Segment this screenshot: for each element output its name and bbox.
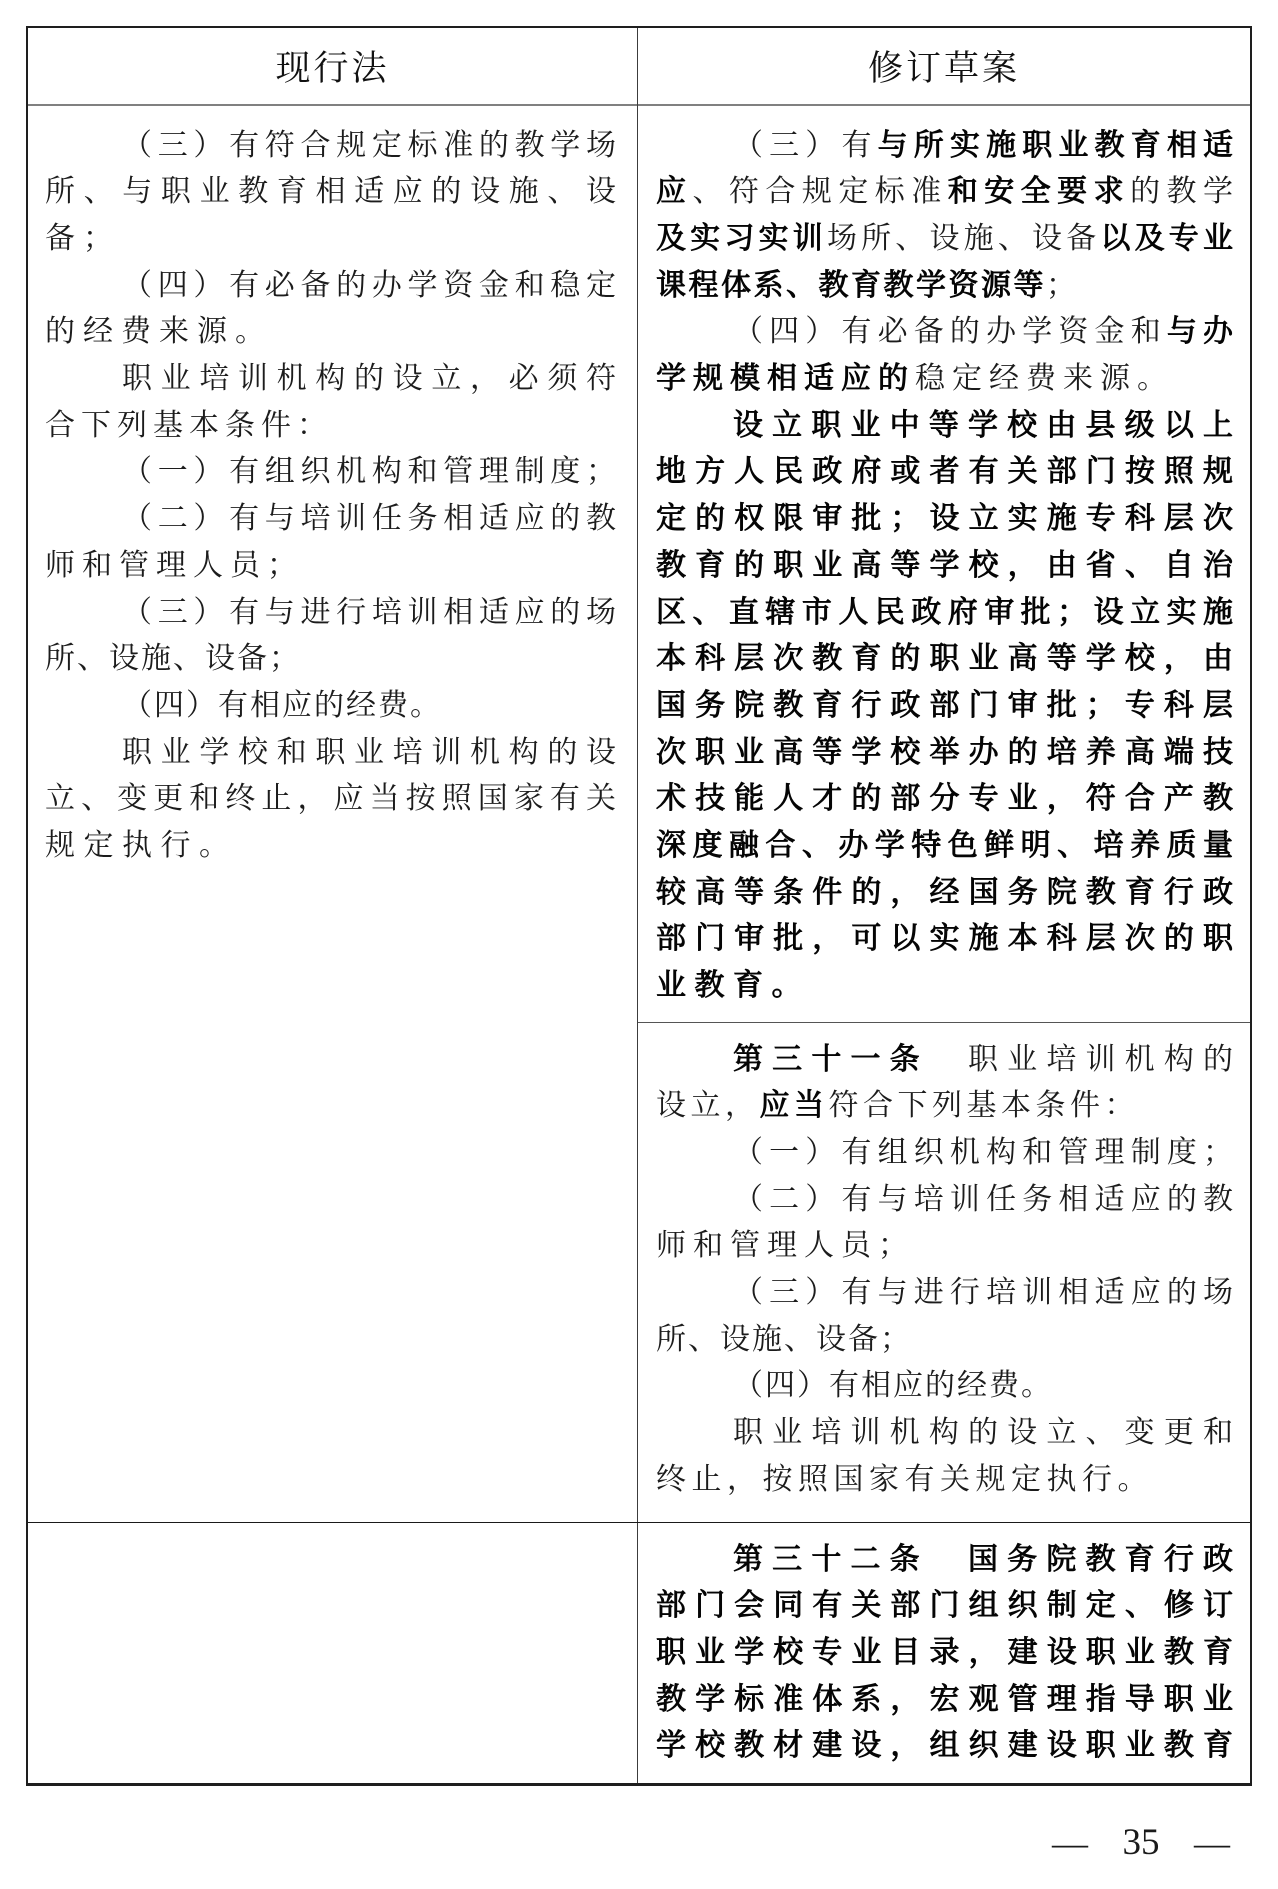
text-line: 教育的职业高等学校，由省、自治: [656, 543, 1233, 590]
bold-text-run: 设立职业中等学校由县级以上: [733, 408, 1233, 443]
dash-left: —: [1052, 1822, 1088, 1864]
text-run: 规定执行。: [45, 828, 238, 863]
text-line: 备；: [45, 216, 616, 263]
text-line: （一）有组织机构和管理制度；: [656, 1130, 1233, 1177]
text-run: （四）有相应的经费。: [733, 1368, 1053, 1403]
text-line: 地方人民政府或者有关部门按照规: [656, 449, 1233, 496]
text-line: 教学标准体系，宏观管理指导职业: [656, 1677, 1233, 1724]
text-line: 规定执行。: [45, 823, 616, 870]
page-number-footer: — 35 —: [1052, 1822, 1230, 1864]
bold-text-run: 应当: [760, 1088, 829, 1123]
text-run: 职业培训机构的: [929, 1042, 1233, 1077]
text-run: （一）有组织机构和管理制度；: [122, 454, 616, 489]
dash-right: —: [1194, 1822, 1230, 1864]
text-run: 职业培训机构的设立，必须符: [122, 361, 616, 396]
text-run: 立、变更和终止，应当按照国家有关: [45, 781, 616, 816]
text-line: 的经费来源。: [45, 309, 616, 356]
text-line: 职业培训机构的设立、变更和: [656, 1410, 1233, 1457]
bold-text-run: 职业学校专业目录，建设职业教育: [656, 1635, 1233, 1670]
text-run: 的经费来源。: [45, 314, 273, 349]
bold-text-run: 学规模相适应的: [656, 361, 915, 396]
text-line: 职业学校和职业培训机构的设: [45, 730, 616, 777]
text-line: （二）有与培训任务相适应的教: [45, 496, 616, 543]
text-run: （四）有必备的办学资金和: [733, 314, 1167, 349]
bold-text-run: 和安全要求: [948, 174, 1130, 209]
bold-text-run: 业教育。: [656, 968, 810, 1003]
text-line: 区、直辖市人民政府审批；设立实施: [656, 590, 1233, 637]
text-line: 深度融合、办学特色鲜明、培养质量: [656, 823, 1233, 870]
bold-text-run: 教学标准体系，宏观管理指导职业: [656, 1682, 1233, 1717]
text-line: 术技能人才的部分专业，符合产教: [656, 776, 1233, 823]
revised-draft-cell-3: 第三十二条 国务院教育行政 部门会同有关部门组织制定、修订 职业学校专业目录，建…: [656, 1537, 1233, 1770]
text-line: 国务院教育行政部门审批；专科层: [656, 683, 1233, 730]
header-current-law-label: 现行法: [275, 41, 389, 91]
text-run: 师和管理人员；: [45, 548, 304, 583]
text-run: （二）有与培训任务相适应的教: [122, 501, 616, 536]
bold-text-run: 术技能人才的部分专业，符合产教: [656, 781, 1233, 816]
bold-text-run: 较高等条件的，经国务院教育行政: [656, 875, 1233, 910]
text-line: （一）有组织机构和管理制度；: [45, 449, 616, 496]
bold-text-run: 教育的职业高等学校，由省、自治: [656, 548, 1233, 583]
text-run: 备；: [45, 221, 121, 256]
text-line: 课程体系、教育教学资源等；: [656, 263, 1233, 310]
text-run: （三）有与进行培训相适应的场: [122, 595, 616, 630]
bold-text-run: 本科层次教育的职业高等学校，由: [656, 641, 1233, 676]
text-line: 及实习实训场所、设施、设备以及专业: [656, 216, 1233, 263]
text-line: 所、设施、设备；: [656, 1317, 1233, 1364]
current-law-cell: （三）有符合规定标准的教学场 所、与职业教育相适应的设施、设 备； （四）有必备…: [45, 123, 616, 870]
text-line: 设立，应当符合下列基本条件：: [656, 1083, 1233, 1130]
text-line: 次职业高等学校举办的培养高端技: [656, 730, 1233, 777]
text-line: 立、变更和终止，应当按照国家有关: [45, 776, 616, 823]
text-line: 本科层次教育的职业高等学校，由: [656, 636, 1233, 683]
text-line: 第三十二条 国务院教育行政: [656, 1537, 1233, 1584]
text-line: （三）有符合规定标准的教学场: [45, 123, 616, 170]
current-law-cell-empty: [28, 1523, 637, 1783]
bold-text-run: 学校教材建设，组织建设职业教育: [656, 1728, 1233, 1763]
bold-text-run: 国务院教育行政部门审批；专科层: [656, 688, 1233, 723]
article-number: 第三十一条: [733, 1042, 929, 1077]
text-line: 职业学校专业目录，建设职业教育: [656, 1630, 1233, 1677]
text-run: 符合下列基本条件：: [829, 1088, 1140, 1123]
text-run: 职业学校和职业培训机构的设: [122, 735, 616, 770]
bold-text-run: 部门会同有关部门组织制定、修订: [656, 1588, 1233, 1623]
text-line: 终止，按照国家有关规定执行。: [656, 1457, 1233, 1504]
text-line: 业教育。: [656, 963, 1233, 1010]
bold-text-run: 地方人民政府或者有关部门按照规: [656, 454, 1233, 489]
document-page: 现行法 修订草案 （三）有符合规定标准的教学场 所、与职业教育相适应的设施、设 …: [0, 0, 1278, 1889]
text-run: （三）有与进行培训相适应的场: [733, 1275, 1233, 1310]
text-line: 学校教材建设，组织建设职业教育: [656, 1723, 1233, 1770]
text-run: 职业培训机构的设立、变更和: [733, 1415, 1233, 1450]
text-line: 第三十一条 职业培训机构的: [656, 1037, 1233, 1084]
text-line: 设立职业中等学校由县级以上: [656, 403, 1233, 450]
bold-text-run: 与所实施职业教育相适: [878, 128, 1233, 163]
text-run: （三）有符合规定标准的教学场: [122, 128, 616, 163]
text-run: （三）有: [733, 128, 878, 163]
text-line: 所、与职业教育相适应的设施、设: [45, 169, 616, 216]
text-line: （四）有必备的办学资金和与办: [656, 309, 1233, 356]
page-number: 35: [1123, 1822, 1160, 1864]
bold-text-run: 部门审批，可以实施本科层次的职: [656, 921, 1233, 956]
revised-draft-cell-1: （三）有与所实施职业教育相适 应、符合规定标准和安全要求的教学 及实习实训场所、…: [656, 123, 1233, 1010]
text-line: （四）有相应的经费。: [45, 683, 616, 730]
text-line: 职业培训机构的设立，必须符: [45, 356, 616, 403]
text-line: 应、符合规定标准和安全要求的教学: [656, 169, 1233, 216]
text-run: 所、设施、设备；: [45, 641, 301, 676]
comparison-table: 现行法 修订草案 （三）有符合规定标准的教学场 所、与职业教育相适应的设施、设 …: [26, 26, 1252, 1786]
header-divider: [28, 104, 1250, 106]
text-line: （三）有与进行培训相适应的场: [656, 1270, 1233, 1317]
text-line: 部门审批，可以实施本科层次的职: [656, 916, 1233, 963]
revised-draft-cell-2: 第三十一条 职业培训机构的 设立，应当符合下列基本条件： （一）有组织机构和管理…: [656, 1037, 1233, 1504]
text-run: 所、与职业教育相适应的设施、设: [45, 174, 616, 209]
column-divider: [637, 28, 638, 1783]
bold-text-run: 深度融合、办学特色鲜明、培养质量: [656, 828, 1233, 863]
text-line: 学规模相适应的稳定经费来源。: [656, 356, 1233, 403]
text-line: 部门会同有关部门组织制定、修订: [656, 1583, 1233, 1630]
header-revised-draft-label: 修订草案: [868, 41, 1020, 91]
text-line: 师和管理人员；: [656, 1223, 1233, 1270]
text-line: （三）有与所实施职业教育相适: [656, 123, 1233, 170]
text-line: 较高等条件的，经国务院教育行政: [656, 870, 1233, 917]
text-run: （一）有组织机构和管理制度；: [733, 1135, 1233, 1170]
text-run: 所、设施、设备；: [656, 1322, 912, 1357]
text-run: 的教学: [1130, 174, 1233, 209]
header-revised-draft: 修订草案: [638, 28, 1250, 104]
bold-text-run: 定的权限审批；设立实施专科层次: [656, 501, 1233, 536]
text-run: ；: [1046, 268, 1079, 303]
text-run: 师和管理人员；: [656, 1228, 915, 1263]
text-line: （三）有与进行培训相适应的场: [45, 590, 616, 637]
text-line: （四）有相应的经费。: [656, 1363, 1233, 1410]
text-run: 设立，: [656, 1088, 760, 1123]
header-current-law: 现行法: [28, 28, 637, 104]
text-line: 所、设施、设备；: [45, 636, 616, 683]
text-run: 合下列基本条件：: [45, 408, 333, 443]
text-run: 场所、设施、设备: [827, 221, 1101, 256]
text-run: 稳定经费来源。: [915, 361, 1174, 396]
text-run: （二）有与培训任务相适应的教: [733, 1182, 1233, 1217]
text-line: （二）有与培训任务相适应的教: [656, 1177, 1233, 1224]
text-run: （四）有相应的经费。: [122, 688, 442, 723]
text-line: 定的权限审批；设立实施专科层次: [656, 496, 1233, 543]
bold-text-run: 区、直辖市人民政府审批；设立实施: [656, 595, 1233, 630]
text-line: （四）有必备的办学资金和稳定: [45, 263, 616, 310]
bold-text-run: 第三十二条 国务院教育行政: [733, 1542, 1233, 1577]
text-run: 终止，按照国家有关规定执行。: [656, 1462, 1153, 1497]
bold-text-run: 课程体系、教育教学资源等: [656, 268, 1046, 303]
revised-row-divider: [638, 1022, 1250, 1023]
text-run: 、符合规定标准: [692, 174, 947, 209]
bold-text-run: 及实习实训: [656, 221, 827, 256]
text-line: 师和管理人员；: [45, 543, 616, 590]
bold-text-run: 应: [656, 174, 692, 209]
text-run: （四）有必备的办学资金和稳定: [122, 268, 616, 303]
bold-text-run: 以及专业: [1100, 221, 1233, 256]
bold-text-run: 与办: [1167, 314, 1233, 349]
bold-text-run: 次职业高等学校举办的培养高端技: [656, 735, 1233, 770]
text-line: 合下列基本条件：: [45, 403, 616, 450]
